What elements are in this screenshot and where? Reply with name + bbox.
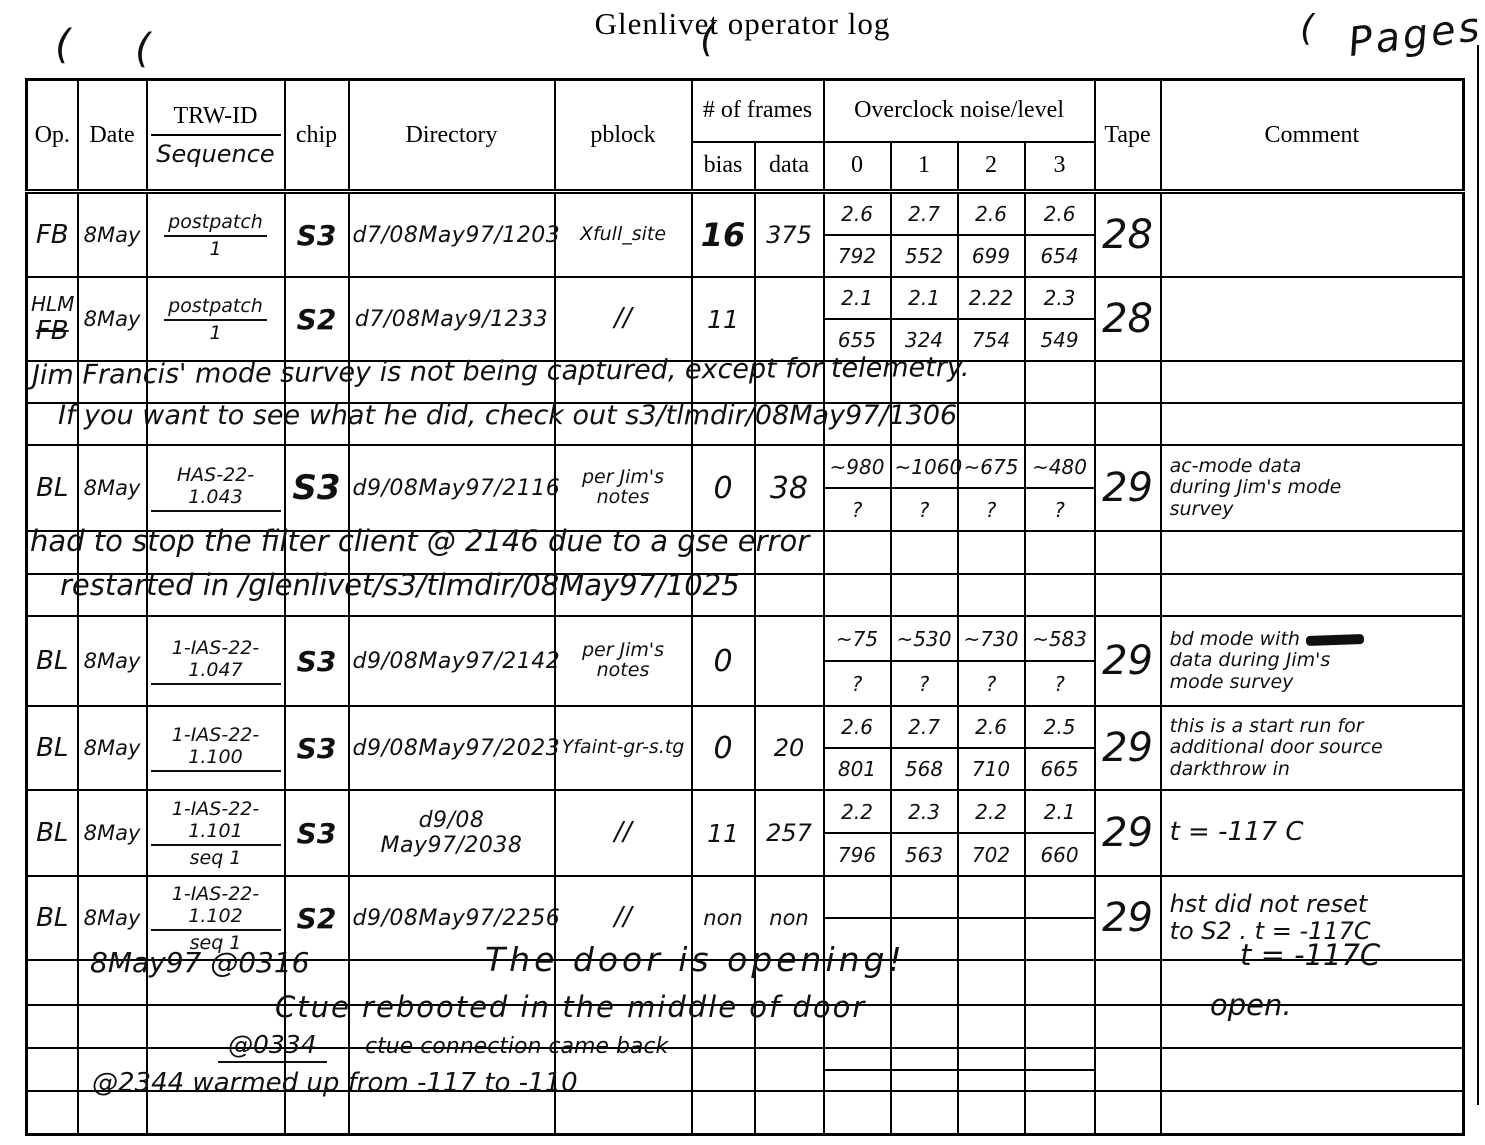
pblock-cell: per Jim's notes [555,616,692,706]
oc3-noise-cell: 2.1 [1025,790,1095,833]
oc3-level-cell: 665 [1025,748,1095,790]
log-row: BL 8May 1-IAS-22-1.101 seq 1 S3 d9/08 Ma… [27,790,1464,833]
tape-cell: 29 [1095,790,1161,876]
data-cell [755,616,824,706]
trw-id-cell: postpatch 1 [147,277,285,361]
directory-cell: d7/08May97/1203 [349,192,555,278]
oc0-noise-cell: 2.1 [824,277,891,319]
oc1-level-cell: 563 [891,833,958,876]
op-cell: BL [27,706,78,790]
oc0-noise-cell: 2.2 [824,790,891,833]
directory-cell: d9/08 May97/2038 [349,790,555,876]
data-cell: 20 [755,706,824,790]
oc1-noise-cell: ~1060 [891,445,958,488]
oc3-noise-cell: 2.6 [1025,192,1095,236]
directory-cell: d7/08May9/1233 [349,277,555,361]
corner-paren-mark: ( [1300,8,1314,49]
scanned-log-page: Glenlivet operator log ( ( ( ( Pages Op.… [0,0,1485,1145]
data-cell [755,277,824,361]
oc1-level-cell: 568 [891,748,958,790]
note-filter-line2: restarted in /glenlivet/s3/tlmdir/08May9… [60,568,740,602]
op-cell: HLM FB [27,277,78,361]
col-header-oc0: 0 [824,142,891,192]
op-cell: BL [27,790,78,876]
oc1-level-cell: ? [891,661,958,706]
col-header-data: data [755,142,824,192]
note-jim-line2: If you want to see what he did, check ou… [58,400,957,431]
col-header-oc2: 2 [958,142,1025,192]
chip-cell: S3 [285,616,349,706]
oc0-noise-cell: 2.6 [824,706,891,748]
oc2-noise-cell: ~675 [958,445,1025,488]
pblock-ditto-cell: // [555,790,692,876]
oc3-level-cell: 654 [1025,235,1095,277]
data-cell: 375 [755,192,824,278]
oc0-noise-cell: 2.6 [824,192,891,236]
op-cell: FB [27,192,78,278]
bias-cell: 0 [692,616,755,706]
col-header-oc3: 3 [1025,142,1095,192]
trw-id-label: TRW-ID [151,103,281,136]
oc2-level-cell: 702 [958,833,1025,876]
oc0-noise-cell: ~980 [824,445,891,488]
trw-id-cell: 1-IAS-22-1.047 [147,616,285,706]
oc2-level-cell: ? [958,488,1025,531]
op-cell: BL [27,445,78,531]
log-row: BL 8May 1-IAS-22-1.047 S3 d9/08May97/214… [27,616,1464,661]
oc2-noise-cell [958,876,1025,918]
bias-cell: 0 [692,706,755,790]
oc1-level-cell: ? [891,488,958,531]
group-header-frames: # of frames [692,80,824,142]
oc3-level-cell: ? [1025,661,1095,706]
connection-time: @0334 [218,1030,327,1063]
oc2-level-cell [958,918,1025,960]
chip-cell: S3 [285,706,349,790]
scribble-mark [1306,634,1364,646]
oc0-level-cell: ? [824,488,891,531]
chip-cell: S2 [285,277,349,361]
date-cell: 8May [78,277,147,361]
log-row: BL 8May 1-IAS-22-1.102 seq 1 S2 d9/08May… [27,876,1464,918]
oc1-noise-cell: ~530 [891,616,958,661]
comment-cell [1161,192,1464,278]
oc0-level-cell: 792 [824,235,891,277]
date-cell: 8May [78,790,147,876]
directory-cell: d9/08May97/2116 [349,445,555,531]
bias-cell: 16 [692,192,755,278]
comment-cell: bd mode with data during Jim's mode surv… [1161,616,1464,706]
op-cell: BL [27,616,78,706]
oc1-noise-cell: 2.7 [891,192,958,236]
trw-id-cell: 1-IAS-22-1.100 [147,706,285,790]
date-cell: 8May [78,616,147,706]
door-event-message2: Ctue rebooted in the middle of door [275,990,866,1024]
chip-cell: S3 [285,192,349,278]
oc2-level-cell: 710 [958,748,1025,790]
oc0-noise-cell: ~75 [824,616,891,661]
note-filter-line1: had to stop the filter client @ 2146 due… [30,524,809,558]
comment-cell [1161,277,1464,361]
col-header-op: Op. [27,80,78,192]
oc0-level-cell: 801 [824,748,891,790]
comment-cell: ac-mode data during Jim's mode survey [1161,445,1464,531]
oc2-noise-cell: 2.2 [958,790,1025,833]
scan-fold-paren-artifact: ( [700,16,715,60]
page-title: Glenlivet operator log [0,6,1485,42]
oc3-noise-cell: 2.5 [1025,706,1095,748]
col-header-tape: Tape [1095,80,1161,192]
group-header-overclock: Overclock noise/level [824,80,1095,142]
door-comment-open: open. [1210,988,1292,1022]
date-cell: 8May [78,192,147,278]
tape-cell: 29 [1095,876,1161,960]
oc3-level-cell: ? [1025,488,1095,531]
oc2-noise-cell: ~730 [958,616,1025,661]
fold-mark-left-1: ( [55,22,71,68]
comment-cell: this is a start run for additional door … [1161,706,1464,790]
tape-cell: 28 [1095,277,1161,361]
col-header-oc1: 1 [891,142,958,192]
oc1-noise-cell: 2.3 [891,790,958,833]
oc2-level-cell: ? [958,661,1025,706]
oc0-level-cell: 796 [824,833,891,876]
col-header-comment: Comment [1161,80,1464,192]
oc1-noise-cell: 2.7 [891,706,958,748]
door-comment-temp: t = -117C [1240,938,1380,972]
oc3-level-cell: 660 [1025,833,1095,876]
bias-cell: 0 [692,445,755,531]
tape-cell: 28 [1095,192,1161,278]
log-row: BL 8May HAS-22-1.043 S3 d9/08May97/2116 … [27,445,1464,488]
pblock-ditto-cell: // [555,277,692,361]
col-header-bias: bias [692,142,755,192]
door-event-message: The door is opening! [485,940,906,979]
oc3-noise-cell: ~480 [1025,445,1095,488]
date-cell: 8May [78,445,147,531]
data-cell: 257 [755,790,824,876]
tape-cell: 29 [1095,616,1161,706]
log-row: BL 8May 1-IAS-22-1.100 S3 d9/08May97/202… [27,706,1464,748]
data-cell: 38 [755,445,824,531]
directory-cell: d9/08May97/2142 [349,616,555,706]
oc1-noise-cell: 2.1 [891,277,958,319]
bias-cell: 11 [692,790,755,876]
bias-cell: 11 [692,277,755,361]
op-cell: BL [27,876,78,960]
oc2-level-cell: 699 [958,235,1025,277]
pblock-cell: Yfaint-gr-s.tg [555,706,692,790]
door-event-time: 8May97 @0316 [90,946,310,979]
col-header-chip: chip [285,80,349,192]
oc0-level-cell: ? [824,661,891,706]
oc1-noise-cell [891,876,958,918]
connection-message: ctue connection came back [365,1034,668,1059]
chip-cell: S3 [285,445,349,531]
col-header-trw-id: TRW-ID Sequence [147,80,285,192]
col-header-directory: Directory [349,80,555,192]
trw-id-cell: postpatch 1 [147,192,285,278]
log-row: HLM FB 8May postpatch 1 S2 d7/08May9/123… [27,277,1464,319]
oc0-noise-cell [824,876,891,918]
oc3-noise-cell [1025,876,1095,918]
tape-cell: 29 [1095,706,1161,790]
oc3-noise-cell: 2.3 [1025,277,1095,319]
col-header-date: Date [78,80,147,192]
trw-id-cell: 1-IAS-22-1.101 seq 1 [147,790,285,876]
oc2-noise-cell: 2.6 [958,192,1025,236]
fold-mark-left-2: ( [135,26,151,72]
tape-cell: 29 [1095,445,1161,531]
oc2-noise-cell: 2.6 [958,706,1025,748]
directory-cell: d9/08May97/2023 [349,706,555,790]
trw-id-cell: HAS-22-1.043 [147,445,285,531]
date-cell: 8May [78,706,147,790]
pblock-cell: Xfull_site [555,192,692,278]
oc1-level-cell: 552 [891,235,958,277]
oc3-level-cell [1025,918,1095,960]
oc3-level-cell: 549 [1025,319,1095,361]
chip-cell: S3 [285,790,349,876]
page-edge-line [1477,45,1479,1105]
col-header-pblock: pblock [555,80,692,192]
warmup-message: @2344 warmed up from -117 to -110 [92,1068,578,1098]
oc2-noise-cell: 2.22 [958,277,1025,319]
pblock-cell: per Jim's notes [555,445,692,531]
oc3-noise-cell: ~583 [1025,616,1095,661]
comment-cell: t = -117 C [1161,790,1464,876]
sequence-handwritten-label: Sequence [151,140,281,168]
log-row: FB 8May postpatch 1 S3 d7/08May97/1203 X… [27,192,1464,236]
